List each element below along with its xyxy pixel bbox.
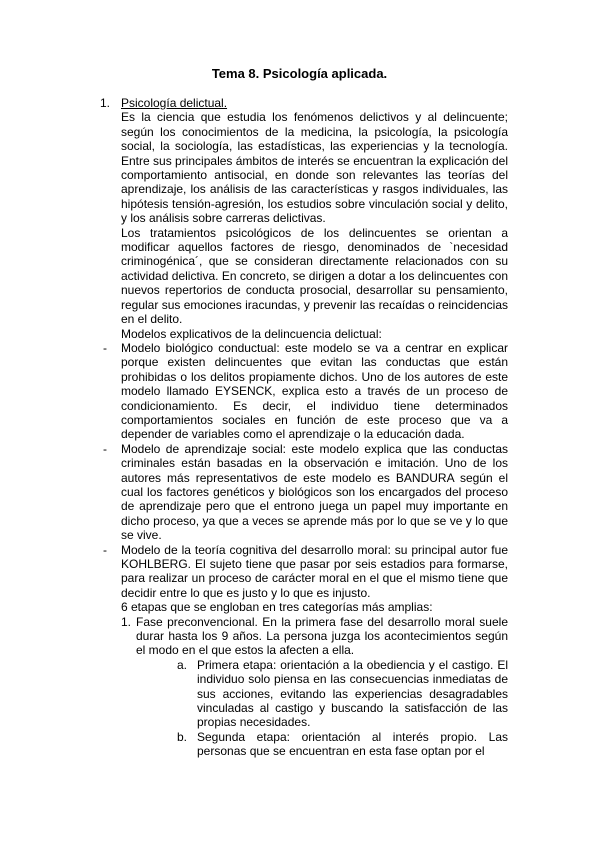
list-item-model-cognitivo: - Modelo de la teoría cognitiva del desa… [121, 543, 508, 759]
document-body: 1. Psicología delictual. Es la ciencia q… [0, 96, 599, 759]
list-item-substage-a: a. Primera etapa: orientación a la obedi… [177, 658, 508, 730]
stages-intro-label: 6 etapas que se engloban en tres categor… [121, 600, 508, 614]
section-heading-line: Psicología delictual. [121, 96, 508, 110]
substage-b-text: Segunda etapa: orientación al interés pr… [197, 730, 508, 758]
list-item-model-biologico: - Modelo biológico conductual: este mode… [121, 341, 508, 442]
list-item-stage-preconvencional: 1. Fase preconvencional. En la primera f… [121, 615, 508, 759]
substage-letter-marker: b. [177, 730, 187, 744]
paragraph-treatments: Los tratamientos psicológicos de los del… [121, 226, 508, 327]
section-1: 1. Psicología delictual. Es la ciencia q… [100, 96, 508, 759]
dash-bullet-marker: - [103, 442, 107, 456]
document-page: Tema 8. Psicología aplicada. 1. Psicolog… [0, 0, 599, 848]
stage-number-marker: 1. [121, 615, 131, 629]
section-heading: Psicología delictual. [121, 96, 227, 110]
model-cognitivo-text: Modelo de la teoría cognitiva del desarr… [121, 543, 508, 600]
model-aprendizaje-text: Modelo de aprendizaje social: este model… [121, 442, 508, 542]
stage-preconvencional-text: Fase preconvencional. En la primera fase… [136, 615, 508, 658]
list-item-substage-b: b. Segunda etapa: orientación al interés… [177, 730, 508, 759]
substage-a-text: Primera etapa: orientación a la obedienc… [197, 658, 508, 730]
substage-letter-marker: a. [177, 658, 187, 672]
section-number: 1. [100, 96, 110, 110]
page-title: Tema 8. Psicología aplicada. [0, 0, 599, 82]
models-intro-label: Modelos explicativos de la delincuencia … [121, 327, 508, 341]
model-biologico-text: Modelo biológico conductual: este modelo… [121, 341, 508, 441]
paragraph-definition: Es la ciencia que estudia los fenómenos … [121, 110, 508, 225]
list-item-model-aprendizaje: - Modelo de aprendizaje social: este mod… [121, 442, 508, 543]
dash-bullet-marker: - [103, 543, 107, 557]
dash-bullet-marker: - [103, 341, 107, 355]
